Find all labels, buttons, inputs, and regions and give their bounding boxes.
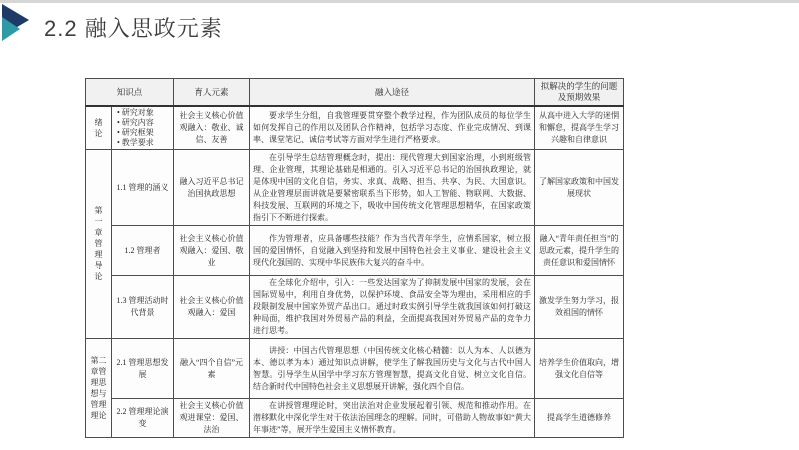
table-row: 第 一 章 管 理 导 论 1.1 管理的涵义 融入习近平总书记治国执政思想 在… <box>86 150 624 226</box>
header-path: 融入途径 <box>250 79 535 107</box>
bullet-item: • 研究框架 <box>117 128 170 138</box>
chapter-cell: 绪 论 <box>86 106 112 150</box>
effect-cell: 了解国家政策和中国发展现状 <box>535 150 624 226</box>
table-row: 2.2 管理理论演变 社会主义核心价值观进课堂：爱国、法治 在讲授管理理论时，突… <box>86 399 624 438</box>
header-knowledge: 知识点 <box>86 79 174 107</box>
chapter-label: 第二章管理思想与管理理论 <box>87 355 110 421</box>
path-cell: 作为管理者，应具备哪些技能？作为当代青年学生，应情系国家，树立报国的爱国情怀，自… <box>250 226 535 276</box>
chapter-cell: 第二章管理思想与管理理论 <box>86 339 112 438</box>
element-cell: 社会主义核心价值观进课堂：爱国、法治 <box>174 399 250 438</box>
chapter-cell: 第 一 章 管 理 导 论 <box>86 150 112 339</box>
table-row: 1.3 管理活动时代背景 社会主义核心价值观融入：爱国 在全球化介绍中，引入：一… <box>86 276 624 339</box>
double-arrow-logo-icon <box>2 4 36 50</box>
path-cell: 要求学生分组，自我管理要贯穿整个教学过程，作为团队成员的每位学生如何发挥自己的作… <box>250 106 535 150</box>
page-title: 2.2 融入思政元素 <box>44 12 223 43</box>
element-cell: 融入“四个自信”元素 <box>174 339 250 399</box>
csizheng-table: 知识点 育人元素 融入途径 拟解决的学生的问题 及预期效果 绪 论 • 研究对象… <box>85 78 624 438</box>
knowledge-bullet-list: • 研究对象• 研究内容• 研究框架• 教学要求 <box>115 108 170 148</box>
effect-cell: 提高学生道德修养 <box>535 399 624 438</box>
table-row: 1.2 管理者 社会主义核心价值观融入：爱国、敬业 作为管理者，应具备哪些技能？… <box>86 226 624 276</box>
path-cell: 在全球化介绍中，引入：一些发达国家为了抑制发展中国家的发展，会在国际贸易中，利用… <box>250 276 535 339</box>
knowledge-cell: 2.2 管理理论演变 <box>112 399 174 438</box>
path-cell: 在讲授管理理论时，突出法治对企业发展起着引领、规范和推动作用。在潜移默化中深化学… <box>250 399 535 438</box>
table-row: 第二章管理思想与管理理论 2.1 管理思想发展 融入“四个自信”元素 讲授：中国… <box>86 339 624 399</box>
effect-cell: 培养学生价值取向，增强文化自信等 <box>535 339 624 399</box>
element-cell: 社会主义核心价值观融入：爱国 <box>174 276 250 339</box>
knowledge-cell: • 研究对象• 研究内容• 研究框架• 教学要求 <box>112 106 174 150</box>
bullet-item: • 研究对象 <box>117 108 170 118</box>
element-cell: 融入习近平总书记治国执政思想 <box>174 150 250 226</box>
effect-cell: 从高中进入大学的迷惘和懈怠，提高学生学习兴趣和自律意识 <box>535 106 624 150</box>
bullet-item: • 教学要求 <box>117 138 170 148</box>
effect-cell: 激发学生努力学习，报效祖国的情怀 <box>535 276 624 339</box>
bullet-item: • 研究内容 <box>117 118 170 128</box>
element-cell: 社会主义核心价值观融入：爱国、敬业 <box>174 226 250 276</box>
path-cell: 在引导学生总结管理概念时，提出：现代管理大到国家治理，小到班级管理、企业管理，其… <box>250 150 535 226</box>
slide: { "page": { "top_strip_color": "#d6d6d6"… <box>0 0 799 450</box>
header-effect: 拟解决的学生的问题 及预期效果 <box>535 79 624 107</box>
chapter-label: 绪 论 <box>95 117 103 139</box>
path-cell: 讲授：中国古代管理思想（中国传统文化核心精髓：以人为本、人以德为本、德以孝为本）… <box>250 339 535 399</box>
slide-top-edge <box>0 0 799 3</box>
chapter-label: 第 一 章 管 理 导 论 <box>95 205 103 282</box>
knowledge-cell: 1.3 管理活动时代背景 <box>112 276 174 339</box>
knowledge-cell: 1.2 管理者 <box>112 226 174 276</box>
table-row: 绪 论 • 研究对象• 研究内容• 研究框架• 教学要求 社会主义核心价值观融入… <box>86 106 624 150</box>
knowledge-cell: 1.1 管理的涵义 <box>112 150 174 226</box>
element-cell: 社会主义核心价值观融入：敬业、诚信、友善 <box>174 106 250 150</box>
csizheng-table-container: 知识点 育人元素 融入途径 拟解决的学生的问题 及预期效果 绪 论 • 研究对象… <box>85 78 624 438</box>
header-element: 育人元素 <box>174 79 250 107</box>
effect-cell: 融入“青年责任担当”的思政元素，提升学生的责任意识和爱国情怀 <box>535 226 624 276</box>
knowledge-cell: 2.1 管理思想发展 <box>112 339 174 399</box>
